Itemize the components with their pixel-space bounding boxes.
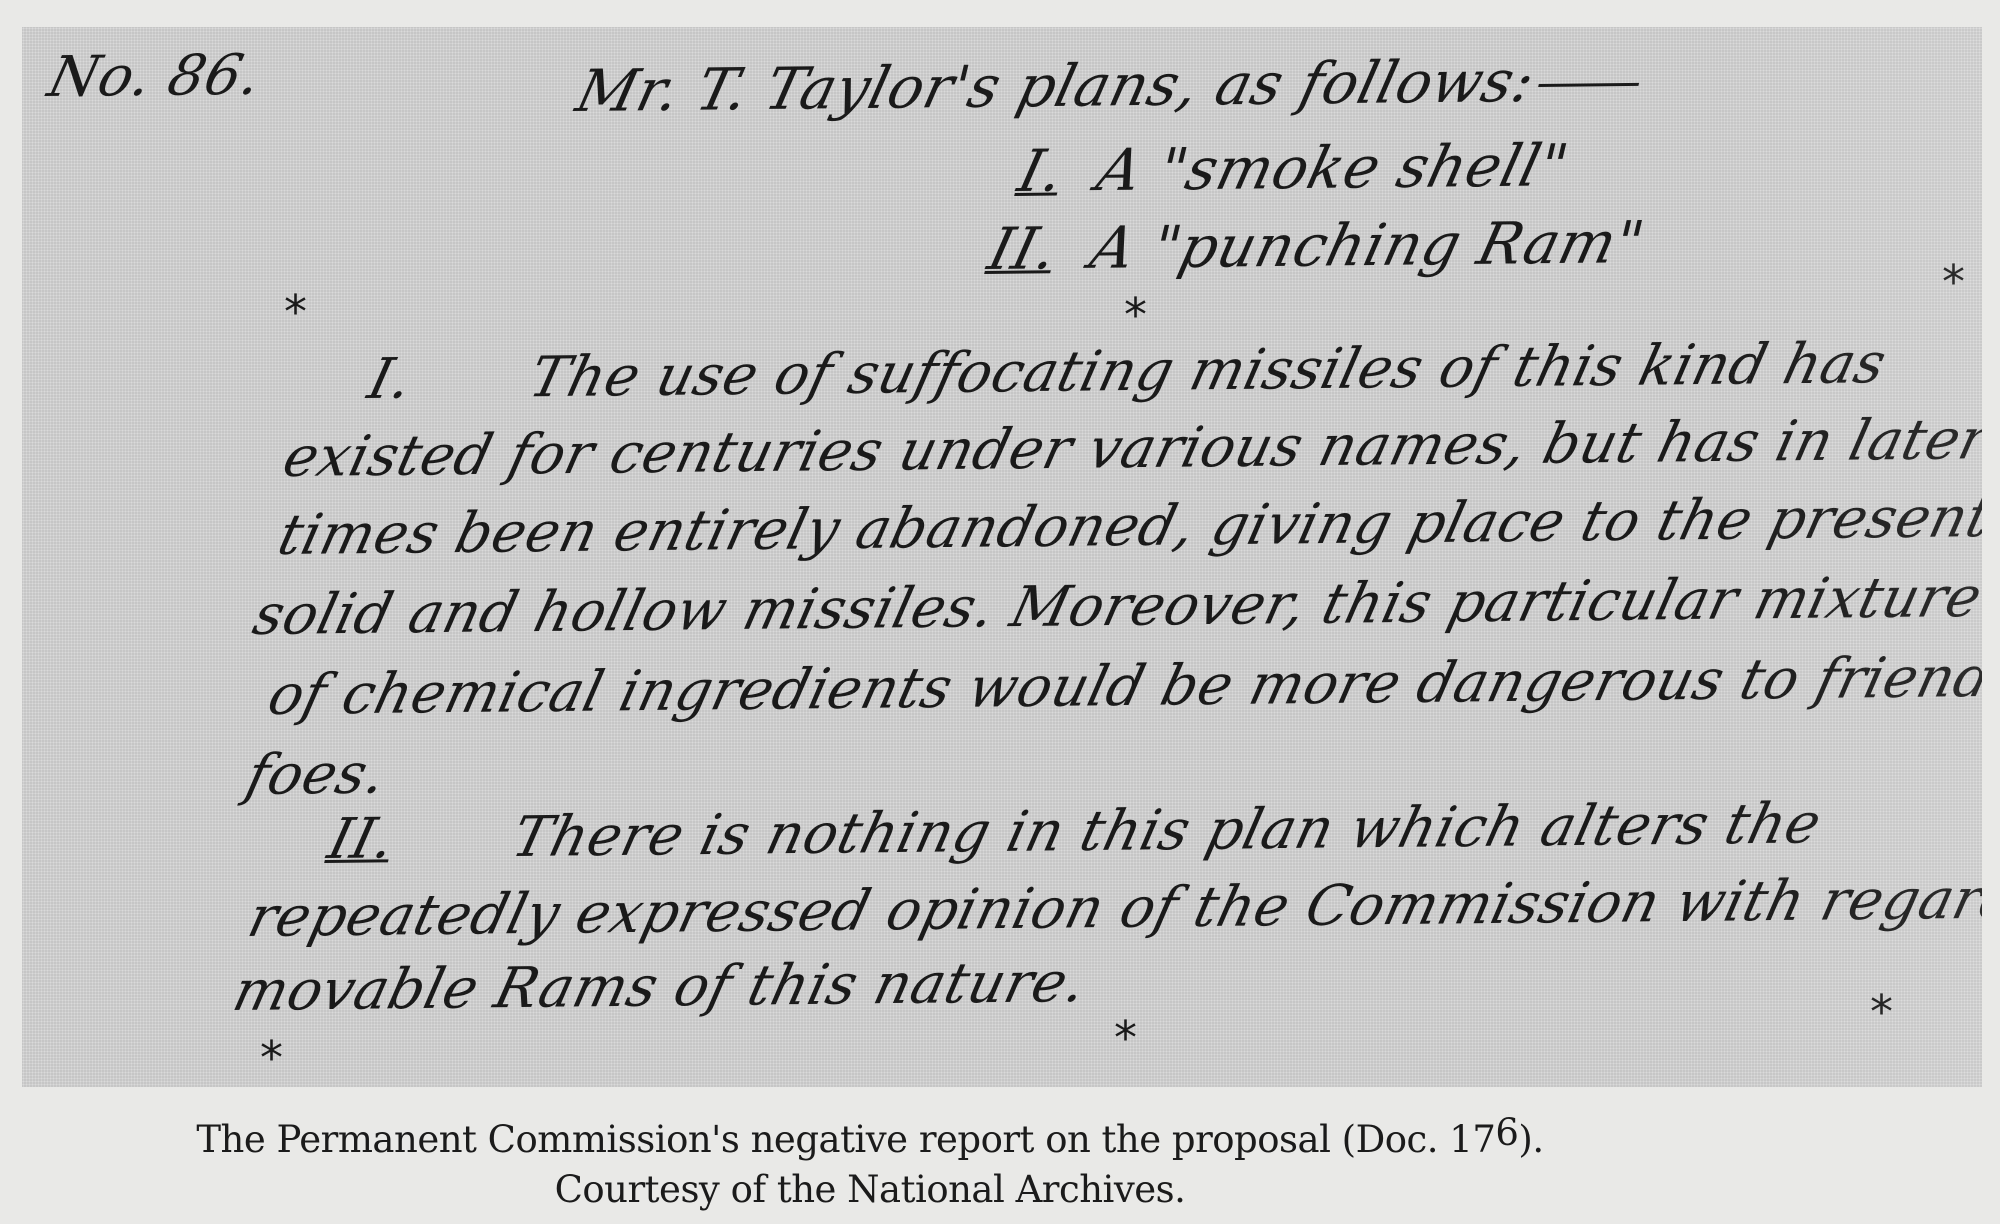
asterisk-marker-icon: * — [1114, 1015, 1137, 1061]
asterisk-marker-icon: * — [1870, 989, 1893, 1035]
paragraph-1-line: foes. — [240, 742, 392, 808]
paragraph-2-line: II.There is nothing in this plan which a… — [322, 791, 1827, 872]
asterisk-marker-icon: * — [1124, 292, 1147, 338]
caption-digit: 6 — [1495, 1111, 1518, 1154]
plan-item-1: I.A "smoke shell" — [1012, 131, 1575, 205]
paragraph-1-line: existed for centuries under various name… — [277, 407, 1982, 490]
heading-text: Mr. T. Taylor's plans, as follows: — [570, 47, 1542, 125]
document-number: No. 86. — [42, 43, 268, 110]
paragraph-1-line: of chemical ingredients would be more da… — [262, 643, 1982, 728]
figure-credit: Courtesy of the National Archives. — [0, 1168, 1740, 1211]
line-text: The use of suffocating missiles of this … — [523, 331, 1892, 410]
paragraph-1-line: times been entirely abandoned, giving pl… — [272, 485, 1982, 568]
manuscript-document: No. 86. Mr. T. Taylor's plans, as follow… — [22, 27, 1982, 1087]
plan-numeral: II. — [982, 214, 1064, 283]
plan-text: A "smoke shell" — [1091, 131, 1576, 204]
caption-suffix: ). — [1518, 1118, 1543, 1161]
paragraph-numeral: I. — [362, 347, 419, 412]
asterisk-marker-icon: * — [260, 1035, 283, 1081]
figure-caption: The Permanent Commission's negative repo… — [0, 1118, 1740, 1161]
paragraph-2-line: movable Rams of this nature. — [227, 950, 1093, 1024]
caption-text: The Permanent Commission's negative repo… — [196, 1118, 1495, 1161]
paragraph-numeral: II. — [322, 806, 401, 872]
plan-text: A "punching Ram" — [1084, 208, 1651, 282]
asterisk-marker-icon: * — [1942, 259, 1965, 305]
paragraph-1-line: solid and hollow missiles. Moreover, thi… — [247, 565, 1982, 648]
document-heading: Mr. T. Taylor's plans, as follows: — [570, 46, 1648, 125]
paragraph-2-line: repeatedly expressed opinion of the Comm… — [242, 866, 1982, 950]
paragraph-1-line: I.The use of suffocating missiles of thi… — [362, 331, 1893, 412]
line-text: There is nothing in this plan which alte… — [506, 791, 1827, 870]
heading-dash — [1538, 83, 1639, 87]
plan-item-2: II.A "punching Ram" — [982, 208, 1651, 283]
asterisk-marker-icon: * — [284, 289, 307, 335]
plan-numeral: I. — [1012, 137, 1071, 205]
